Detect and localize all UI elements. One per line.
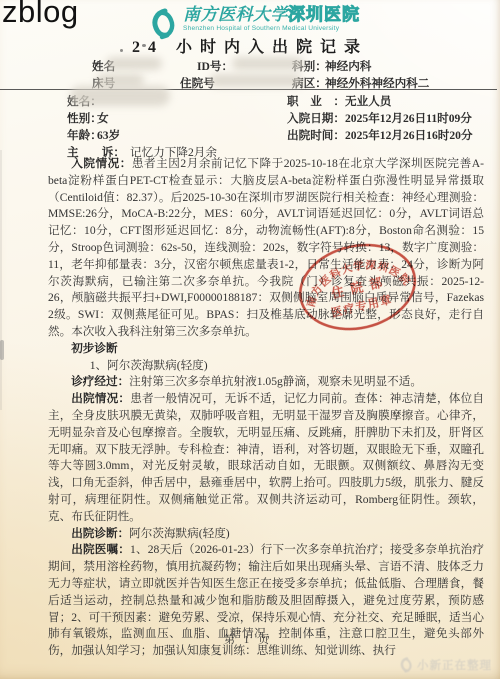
scan-edge-line <box>0 150 2 410</box>
hospital-name-cn: 南方医科大学深圳医院 <box>183 6 360 24</box>
redaction-id <box>232 57 304 70</box>
field-discharge-label: 出院时间： <box>287 127 345 143</box>
corner-watermark-icon <box>398 657 414 673</box>
field-admit-label: 入院日期： <box>287 110 345 126</box>
corner-watermark-text: 小新正在整理 <box>417 657 492 673</box>
field-dept-value: 神经内科 <box>325 58 371 74</box>
discharge-condition-paragraph: 出院情况：患者一般情况可，无诉不适，记忆力同前。查体：神志清楚，体位自主，全身皮… <box>48 391 484 525</box>
hospital-name-en: Shenzhen Hospital of Southern Medical Un… <box>183 26 360 33</box>
redaction-admission-no <box>210 74 302 87</box>
field-id-label: ID号： <box>197 58 233 74</box>
zblog-watermark: zblog <box>2 0 79 30</box>
course-paragraph: 诊疗经过：注射第三次多奈单抗射液1.05g静滴，观察未见明显不适。 <box>48 374 484 391</box>
record-body: 入院情况：患者主因2月余前记忆下降于2025-10-18在北京大学深圳医院完善A… <box>48 156 484 660</box>
page-number: 第 1 页 <box>48 631 448 647</box>
preliminary-diagnosis-item: 1、阿尔茨海默病(轻度) <box>48 358 484 375</box>
discharge-condition-text: 患者一般情况可，无诉不适，记忆力同前。查体：神志清楚，体位自主，全身皮肤巩膜无黄… <box>48 392 484 523</box>
field-gender-value: 女 <box>97 110 109 126</box>
field-age-value: 63岁 <box>97 127 120 143</box>
field-occupation-value: 无业人员 <box>345 93 391 109</box>
admission-label: 入院情况： <box>71 157 132 170</box>
field-admit-value: 2025年12月26日11时09分 <box>345 110 472 126</box>
discharge-orders-label: 出院医嘱： <box>71 543 130 556</box>
hospital-logo-text: 南方医科大学深圳医院 Shenzhen Hospital of Southern… <box>183 6 360 33</box>
document-title: 24 小时内入出院记录 <box>0 34 500 57</box>
preliminary-diagnosis-title: 初步诊断 <box>48 341 484 358</box>
discharge-diagnosis-label: 出院诊断： <box>71 527 129 540</box>
discharge-condition-label: 出院情况： <box>71 392 130 405</box>
field-discharge-value: 2025年12月26日16时20分 <box>345 127 473 143</box>
discharge-diagnosis-paragraph: 出院诊断：阿尔茨海默病(轻度) <box>48 526 484 543</box>
corner-watermark: 小新正在整理 <box>398 657 492 673</box>
scan-speck <box>120 49 123 52</box>
scan-speck <box>142 44 146 47</box>
hospital-name-outline: 深圳医院 <box>288 5 360 24</box>
course-text: 注射第三次多奈单抗射液1.05g静滴，观察未见明显不适。 <box>129 375 422 388</box>
discharge-diagnosis-text: 阿尔茨海默病(轻度) <box>129 527 229 540</box>
redaction-name <box>106 57 162 70</box>
redaction-name2 <box>70 86 170 106</box>
hospital-name-script: 南方医科大学 <box>183 5 288 24</box>
field-occupation-label: 职 业 ： <box>287 93 345 109</box>
course-label: 诊疗经过： <box>71 375 129 388</box>
